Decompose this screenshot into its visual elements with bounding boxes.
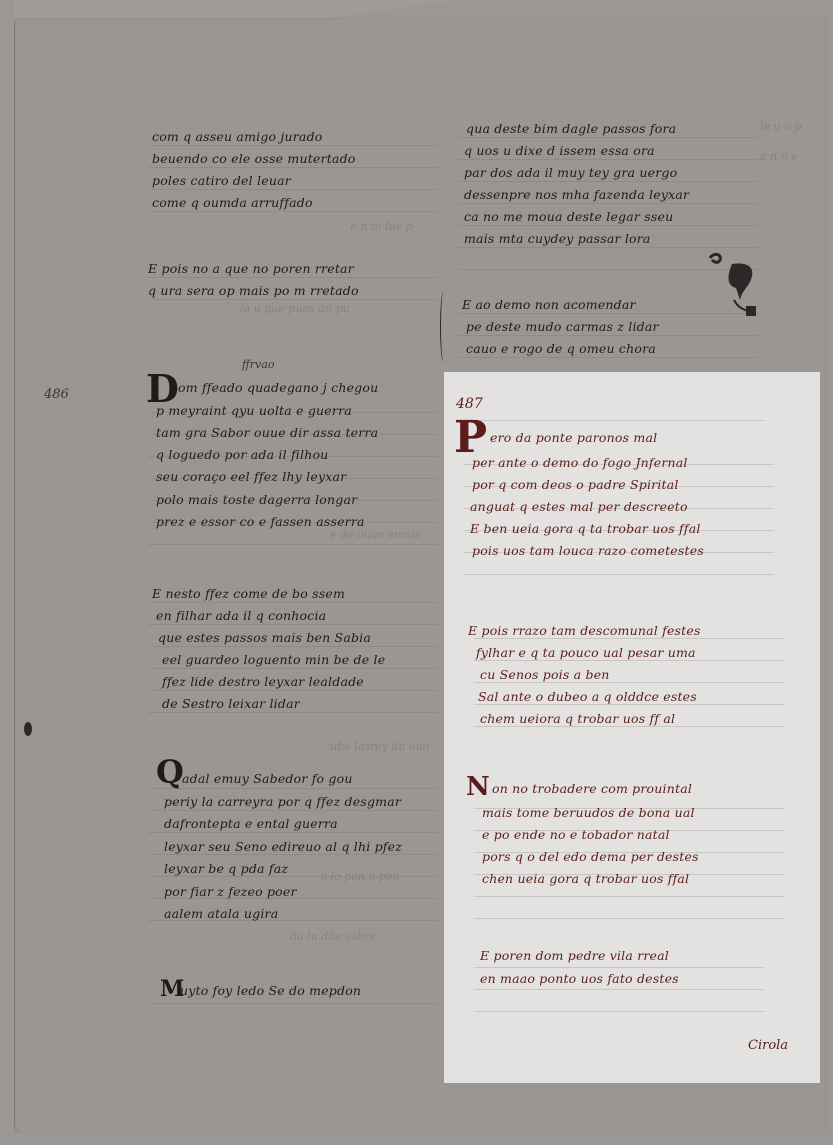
verse-line: come q oumda arruffado (152, 194, 313, 212)
verse-line: cu Senos pois a ben (480, 666, 610, 684)
verse-line: dafrontepta e ental guerra (164, 815, 338, 833)
verse-line: per ante o demo do fogo Jnfernal (472, 454, 688, 472)
verse-line: p meyraint qyu uolta e guerra (156, 402, 352, 420)
verse-line: por fiar z fezeo poer (164, 883, 297, 901)
verse-line: fylhar e q ta pouco ual pesar uma (476, 644, 696, 662)
rubric-superscript: ffrvao (242, 358, 274, 371)
verse-line: anguat q estes mal per descreeto (470, 498, 688, 516)
verse-line: por q com deos o padre Spirital (472, 476, 679, 494)
verse-line: E ao demo non acomendar (462, 296, 636, 314)
verse-line: pors q o del edo dema per destes (482, 848, 699, 866)
verse-line: q ura sera op mais po m rretado (148, 282, 359, 300)
ink-flourish-decoration (706, 252, 766, 322)
verse-line: ero da ponte paronos mal (490, 429, 657, 447)
verse-line: q loguedo por ada il filhou (156, 446, 328, 464)
verse-line: mais mta cuydey passar lora (464, 230, 651, 248)
verse-line: que estes passos mais ben Sabia (158, 629, 371, 647)
bracket-mark (440, 292, 447, 362)
verse-line: E poren dom pedre vila rreal (480, 947, 669, 965)
verse-line: aalem atala ugira (164, 905, 278, 923)
verse-line: leyxar seu Seno edireuo al q lhi pfez (164, 838, 402, 856)
verse-line: pe deste mudo carmas z lidar (466, 318, 659, 336)
verse-line: prez e essor co e fassen asserra (156, 513, 365, 531)
verse-line: dessenpre nos mha fazenda leyxar (464, 186, 689, 204)
verse-line: de Sestro leixar lidar (162, 695, 300, 713)
verse-line: q uos u dixe d issem essa ora (464, 142, 655, 160)
verse-line: cauo e rogo de q omeu chora (466, 340, 656, 358)
verse-line: com q asseu amigo jurado (152, 128, 323, 146)
verse-line: E pois no a que no poren rretar (148, 260, 354, 278)
verse-line: seu coraço eel ffez lhy leyxar (156, 468, 346, 486)
verse-line: par dos ada il muy tey gra uergo (464, 164, 677, 182)
verse-line: poles catiro del leuar (152, 172, 291, 190)
folio-number-left: 486 (44, 387, 69, 402)
verse-line: beuendo co ele osse mutertado (152, 150, 356, 168)
verse-line: adal emuy Sabedor fo gou (182, 770, 353, 788)
verse-line: e po ende no e tobador natal (482, 826, 670, 844)
verse-line: en maao ponto uos fato destes (480, 970, 679, 988)
verse-line: om ffeado quadegano j chegou (178, 379, 378, 397)
ink-blot-margin (24, 722, 32, 736)
decorated-initial-q: Q (156, 756, 184, 788)
verse-line: qua deste bim dagle passos fora (466, 120, 676, 138)
verse-line: uyto foy ledo Se do mepdon (180, 982, 361, 1000)
verse-line: eel guardeo loguento min be de le (162, 651, 385, 669)
highlighted-region: 487 P ero da ponte paronos mal per ante … (444, 372, 820, 1083)
folio-number-right: 487 (456, 396, 483, 412)
verse-line: E nesto ffez come de bo ssem (152, 585, 345, 603)
verse-line: pois uos tam louca razo cometestes (472, 542, 704, 560)
decorated-initial-n: N (466, 774, 490, 800)
verse-line: mais tome beruudos de bona ual (482, 804, 695, 822)
verse-line: ca no me moua deste legar sseu (464, 208, 673, 226)
verse-line: E ben ueia gora q ta trobar uos ffal (470, 520, 701, 538)
verse-line: periy la carreyra por q ffez desgmar (164, 793, 401, 811)
verse-line: chen ueia gora q trobar uos ffal (482, 870, 689, 888)
verse-line: en filhar ada il q conhocia (156, 607, 326, 625)
verse-line: leyxar be q pda faz (164, 860, 288, 878)
verse-line: chem ueiora q trobar uos ff al (480, 710, 675, 728)
verse-line: ffez lide destro leyxar lealdade (162, 673, 364, 691)
verse-line: polo mais toste dagerra longar (156, 491, 357, 509)
verse-line: Sal ante o dubeo a q olddce estes (478, 688, 697, 706)
verse-line: tam gra Sabor ouue dir assa terra (156, 424, 378, 442)
marginal-signature: Cirola (748, 1038, 788, 1053)
verse-line: on no trobadere com prouintal (492, 780, 692, 798)
verse-line: E pois rrazo tam descomunal festes (468, 622, 701, 640)
